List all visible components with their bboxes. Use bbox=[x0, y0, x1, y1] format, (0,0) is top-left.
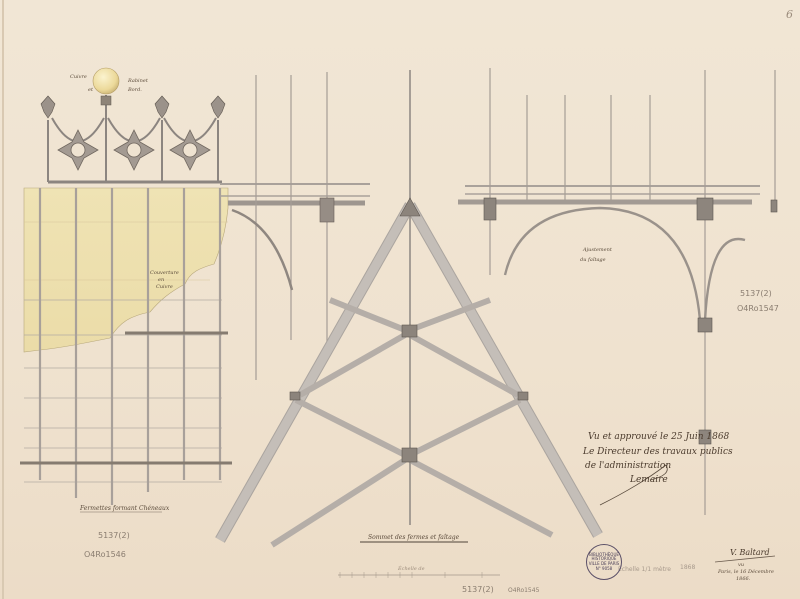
stamp-line: N° 9058 bbox=[596, 567, 612, 572]
signature-right-sub-3: 1866. bbox=[736, 576, 750, 582]
finial-label-cuivre: Cuivre bbox=[70, 74, 87, 80]
signature-right-sub-1: vu bbox=[738, 562, 744, 568]
arch-note-2: du faîtage bbox=[580, 257, 606, 263]
architectural-drawing-sheet: 6 Cuivre et Rabinet Bord. Couverture en … bbox=[0, 0, 800, 599]
globe-finial bbox=[93, 68, 119, 105]
page-number: 6 bbox=[786, 8, 793, 21]
archive-code-right: 5137(2) bbox=[740, 289, 772, 298]
covering-note-1: Couverture bbox=[150, 270, 179, 276]
pencil-note: Échelle 1/1 mètre bbox=[618, 566, 671, 573]
finial-label-bord: Bord. bbox=[128, 87, 142, 93]
approval-line-1: Vu et approuvé le 25 Juin 1868 bbox=[588, 432, 729, 442]
library-stamp: BIBLIOTHÈQUE HISTORIQUE VILLE DE PARIS N… bbox=[586, 544, 622, 580]
archive-number-right: O4Ro1547 bbox=[737, 304, 779, 313]
scale-bar bbox=[338, 572, 500, 578]
scale-label: Échelle de bbox=[398, 566, 425, 572]
archive-code-left: 5137(2) bbox=[98, 531, 130, 540]
roof-covering-wash bbox=[24, 188, 228, 352]
a-frame-truss bbox=[220, 70, 598, 545]
signature-right-sub-2: Paris, le 16 Décembre bbox=[718, 569, 774, 575]
finial-label-et: et bbox=[88, 87, 93, 93]
truss-caption: Sommet des fermes et faîtage bbox=[368, 534, 459, 541]
quatrefoils bbox=[58, 130, 210, 170]
approval-signature: Lemaire bbox=[630, 475, 668, 485]
leaf-finials bbox=[41, 96, 225, 118]
approval-line-3: de l'administration bbox=[585, 461, 671, 471]
covering-note-3: Cuivre bbox=[156, 284, 173, 290]
archive-number-left: O4Ro1546 bbox=[84, 550, 126, 559]
arch-note-1: Ajustement bbox=[583, 247, 612, 253]
signature-right: V. Baltard bbox=[730, 548, 770, 557]
archive-number-bottom: O4Ro1545 bbox=[508, 587, 539, 594]
finial-label-rabinet: Rabinet bbox=[128, 78, 148, 84]
approval-line-2: Le Directeur des travaux publics bbox=[583, 447, 733, 457]
covering-note-2: en bbox=[158, 277, 164, 283]
pencil-year: 1868 bbox=[680, 564, 695, 571]
archive-code-bottom: 5137(2) bbox=[462, 585, 494, 594]
elevation-caption: Fermettes formant Chéneaux bbox=[80, 505, 169, 512]
central-rafters bbox=[220, 72, 370, 380]
